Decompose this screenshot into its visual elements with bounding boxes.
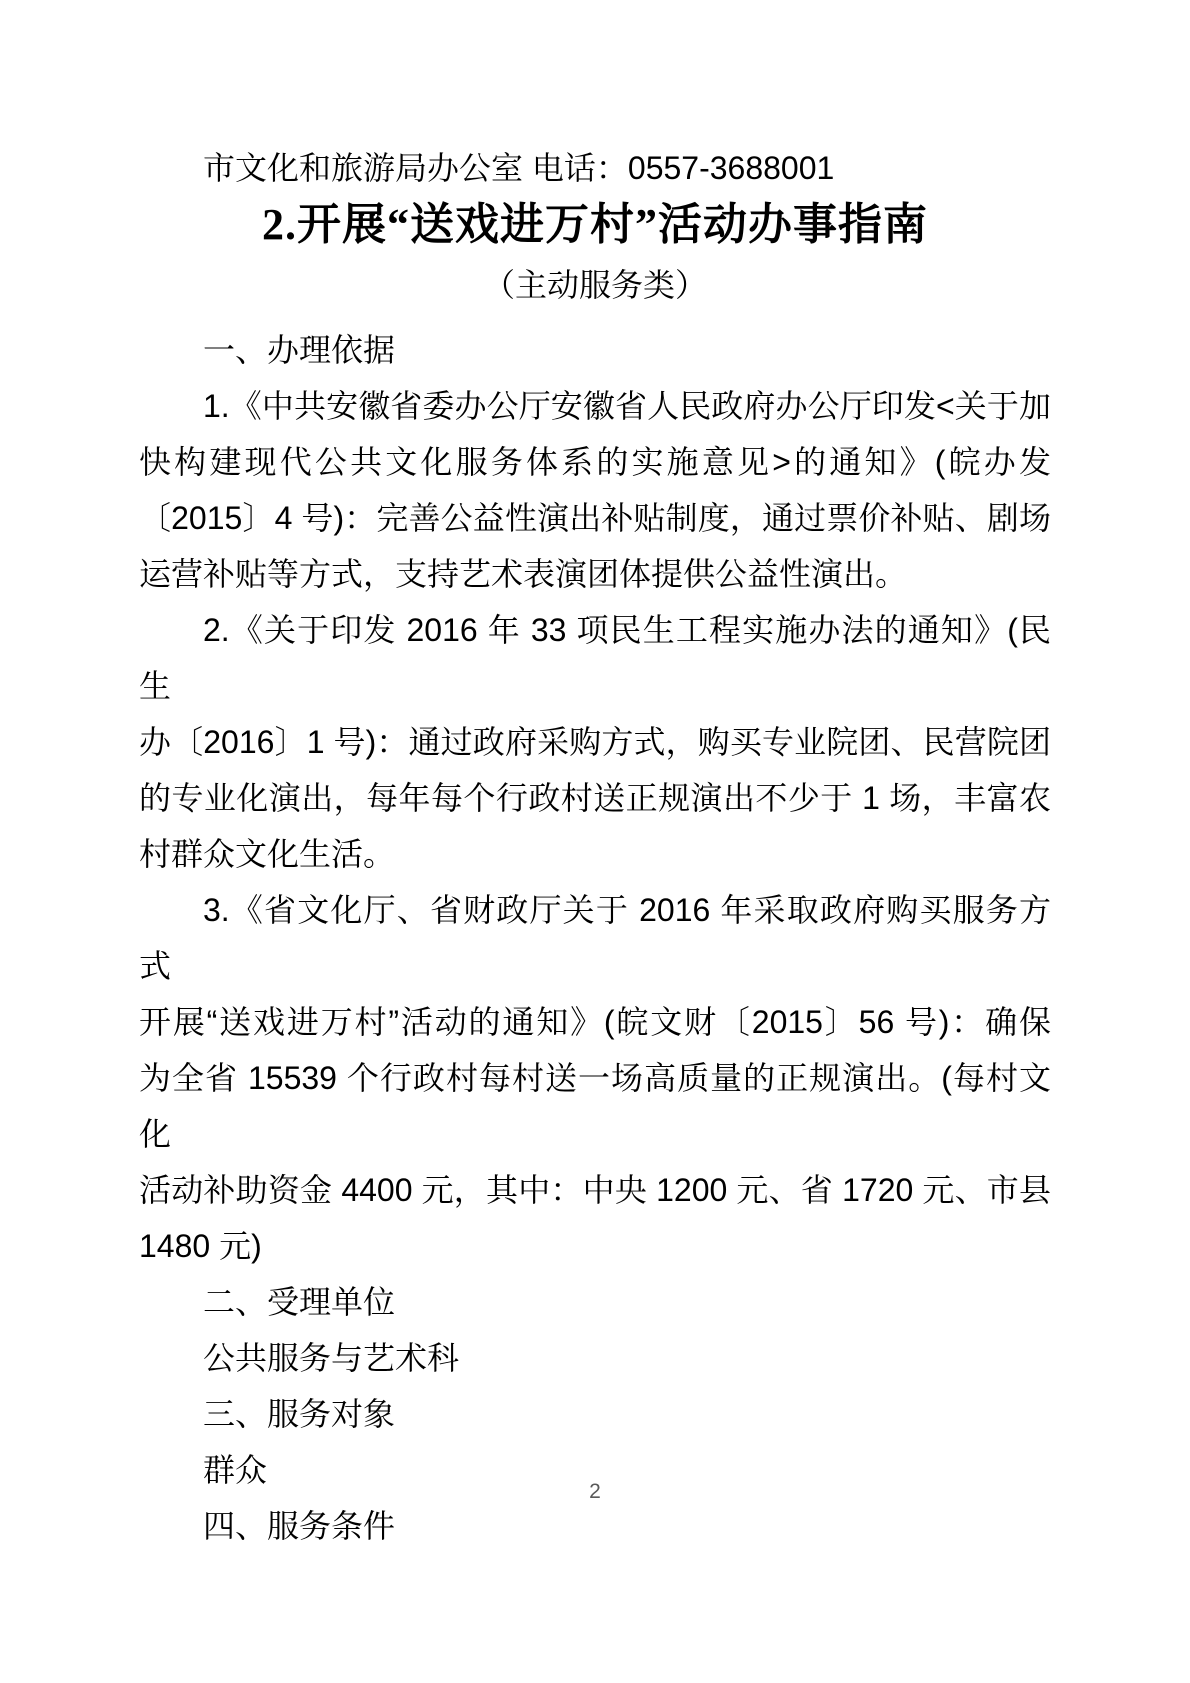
- body-line: 为全省 15539 个行政村每村送一场高质量的正规演出。(每村文化: [139, 1050, 1051, 1162]
- body-line: 2.《关于印发 2016 年 33 项民生工程实施办法的通知》(民生: [139, 602, 1051, 714]
- body-line: 三、服务对象: [139, 1386, 1051, 1442]
- document-page: 市文化和旅游局办公室 电话：0557-3688001 2.开展“送戏进万村”活动…: [0, 0, 1190, 1683]
- paragraph: 一、办理依据: [139, 322, 1051, 378]
- paragraph: 二、受理单位: [139, 1274, 1051, 1330]
- body-line: 办〔2016〕1 号)：通过政府采购方式，购买专业院团、民营院团: [139, 714, 1051, 770]
- body-line: 〔2015〕4 号)：完善公益性演出补贴制度，通过票价补贴、剧场: [139, 490, 1051, 546]
- body-line: 3.《省文化厅、省财政厅关于 2016 年采取政府购买服务方式: [139, 882, 1051, 994]
- page-number: 2: [0, 1478, 1190, 1506]
- body-line: 1480 元): [139, 1218, 1051, 1274]
- paragraph: 2.《关于印发 2016 年 33 项民生工程实施办法的通知》(民生办〔2016…: [139, 602, 1051, 882]
- contact-header: 市文化和旅游局办公室 电话：0557-3688001: [139, 140, 1051, 196]
- paragraph: 公共服务与艺术科: [139, 1330, 1051, 1386]
- body-line: 四、服务条件: [139, 1498, 1051, 1554]
- body-line: 一、办理依据: [139, 322, 1051, 378]
- paragraph: 四、服务条件: [139, 1498, 1051, 1554]
- body-line: 二、受理单位: [139, 1274, 1051, 1330]
- document-body: 一、办理依据1.《中共安徽省委办公厅安徽省人民政府办公厅印发<关于加快构建现代公…: [139, 322, 1051, 1554]
- paragraph: 3.《省文化厅、省财政厅关于 2016 年采取政府购买服务方式开展“送戏进万村”…: [139, 882, 1051, 1274]
- document-content: 市文化和旅游局办公室 电话：0557-3688001 2.开展“送戏进万村”活动…: [139, 140, 1051, 1554]
- body-line: 运营补贴等方式，支持艺术表演团体提供公益性演出。: [139, 546, 1051, 602]
- body-line: 的专业化演出，每年每个行政村送正规演出不少于 1 场，丰富农: [139, 770, 1051, 826]
- body-line: 快构建现代公共文化服务体系的实施意见>的通知》(皖办发: [139, 434, 1051, 490]
- document-subtitle: （主动服务类）: [139, 254, 1051, 316]
- body-line: 1.《中共安徽省委办公厅安徽省人民政府办公厅印发<关于加: [139, 378, 1051, 434]
- paragraph: 三、服务对象: [139, 1386, 1051, 1442]
- body-line: 活动补助资金 4400 元，其中：中央 1200 元、省 1720 元、市县: [139, 1162, 1051, 1218]
- body-line: 村群众文化生活。: [139, 826, 1051, 882]
- body-line: 开展“送戏进万村”活动的通知》(皖文财〔2015〕56 号)：确保: [139, 994, 1051, 1050]
- body-line: 公共服务与艺术科: [139, 1330, 1051, 1386]
- document-title: 2.开展“送戏进万村”活动办事指南: [139, 196, 1051, 254]
- paragraph: 1.《中共安徽省委办公厅安徽省人民政府办公厅印发<关于加快构建现代公共文化服务体…: [139, 378, 1051, 602]
